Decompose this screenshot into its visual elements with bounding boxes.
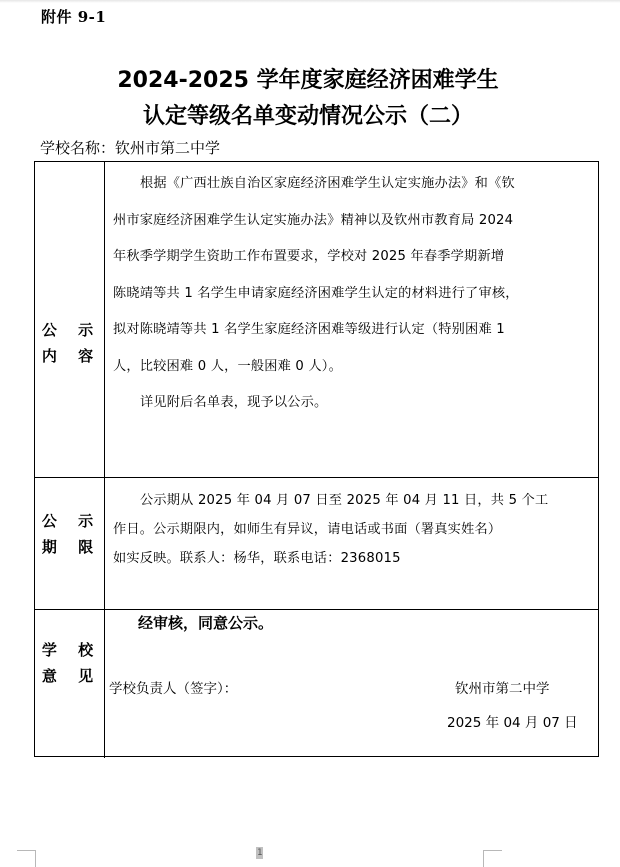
period-body: 公示期从 2025 年 04 月 07 日至 2025 年 04 月 11 日，… — [113, 486, 592, 573]
period-line: 如实反映。联系人：杨华，联系电话：2368015 — [113, 544, 592, 573]
column-divider — [104, 478, 105, 610]
period-line: 公示期从 2025 年 04 月 07 日至 2025 年 04 月 11 日，… — [113, 486, 592, 515]
crop-mark-right — [483, 850, 502, 867]
announcement-table: 公 示 内 容 根据《广西壮族自治区家庭经济困难学生认定实施办法》和《钦 州市家… — [34, 161, 599, 757]
document-title-line-1: 2024-2025 学年度家庭经济困难学生 — [0, 66, 618, 96]
content-line: 拟对陈晓靖等共 1 名学生家庭经济困难等级进行认定（特别困难 1 — [113, 312, 592, 349]
content-paragraph-2: 详见附后名单表，现予以公示。 — [113, 385, 592, 422]
content-line: 年秋季学期学生资助工作布置要求，学校对 2025 年春季学期新增 — [113, 239, 592, 276]
document-title-line-2: 认定等级名单变动情况公示（二） — [0, 102, 618, 132]
school-name-line: 学校名称：钦州市第二中学 — [40, 138, 220, 158]
content-body: 根据《广西壮族自治区家庭经济困难学生认定实施办法》和《钦 州市家庭经济困难学生认… — [113, 166, 592, 422]
label-line-1: 公 示 — [39, 317, 104, 343]
row-school-opinion: 学 校 意 见 经审核，同意公示。 学校负责人（签字）： 钦州市第二中学 202… — [35, 609, 598, 758]
row-announcement-content: 公 示 内 容 根据《广西壮族自治区家庭经济困难学生认定实施办法》和《钦 州市家… — [35, 162, 598, 477]
row-label-content: 公 示 内 容 — [35, 317, 104, 369]
attachment-label: 附件 9-1 — [41, 6, 106, 27]
label-line-1: 公 示 — [39, 508, 104, 534]
period-line: 作日。公示期限内，如师生有异议，请电话或书面（署真实姓名） — [113, 515, 592, 544]
page-top-shadow — [0, 0, 620, 3]
column-divider — [104, 610, 105, 758]
label-line-1: 学 校 — [39, 637, 104, 663]
label-line-2: 内 容 — [39, 343, 104, 369]
page-number: 1 — [256, 847, 263, 859]
content-line: 根据《广西壮族自治区家庭经济困难学生认定实施办法》和《钦 — [113, 166, 592, 203]
label-line-2: 期 限 — [39, 534, 104, 560]
row-label-period: 公 示 期 限 — [35, 508, 104, 560]
content-line: 州市家庭经济困难学生认定实施办法》精神以及钦州市教育局 2024 — [113, 203, 592, 240]
content-line: 陈晓靖等共 1 名学生申请家庭经济困难学生认定的材料进行了审核， — [113, 276, 592, 313]
signature-date: 2025 年 04 月 07 日 — [447, 711, 578, 731]
approval-statement: 经审核，同意公示。 — [138, 612, 273, 633]
column-divider — [104, 162, 105, 477]
crop-mark-left — [17, 850, 36, 867]
signer-label: 学校负责人（签字）： — [109, 677, 237, 697]
row-label-opinion: 学 校 意 见 — [35, 637, 104, 689]
signature-school-name: 钦州市第二中学 — [455, 677, 550, 697]
content-line: 人，比较困难 0 人，一般困难 0 人）。 — [113, 349, 592, 386]
label-line-2: 意 见 — [39, 663, 104, 689]
row-announcement-period: 公 示 期 限 公示期从 2025 年 04 月 07 日至 2025 年 04… — [35, 477, 598, 610]
